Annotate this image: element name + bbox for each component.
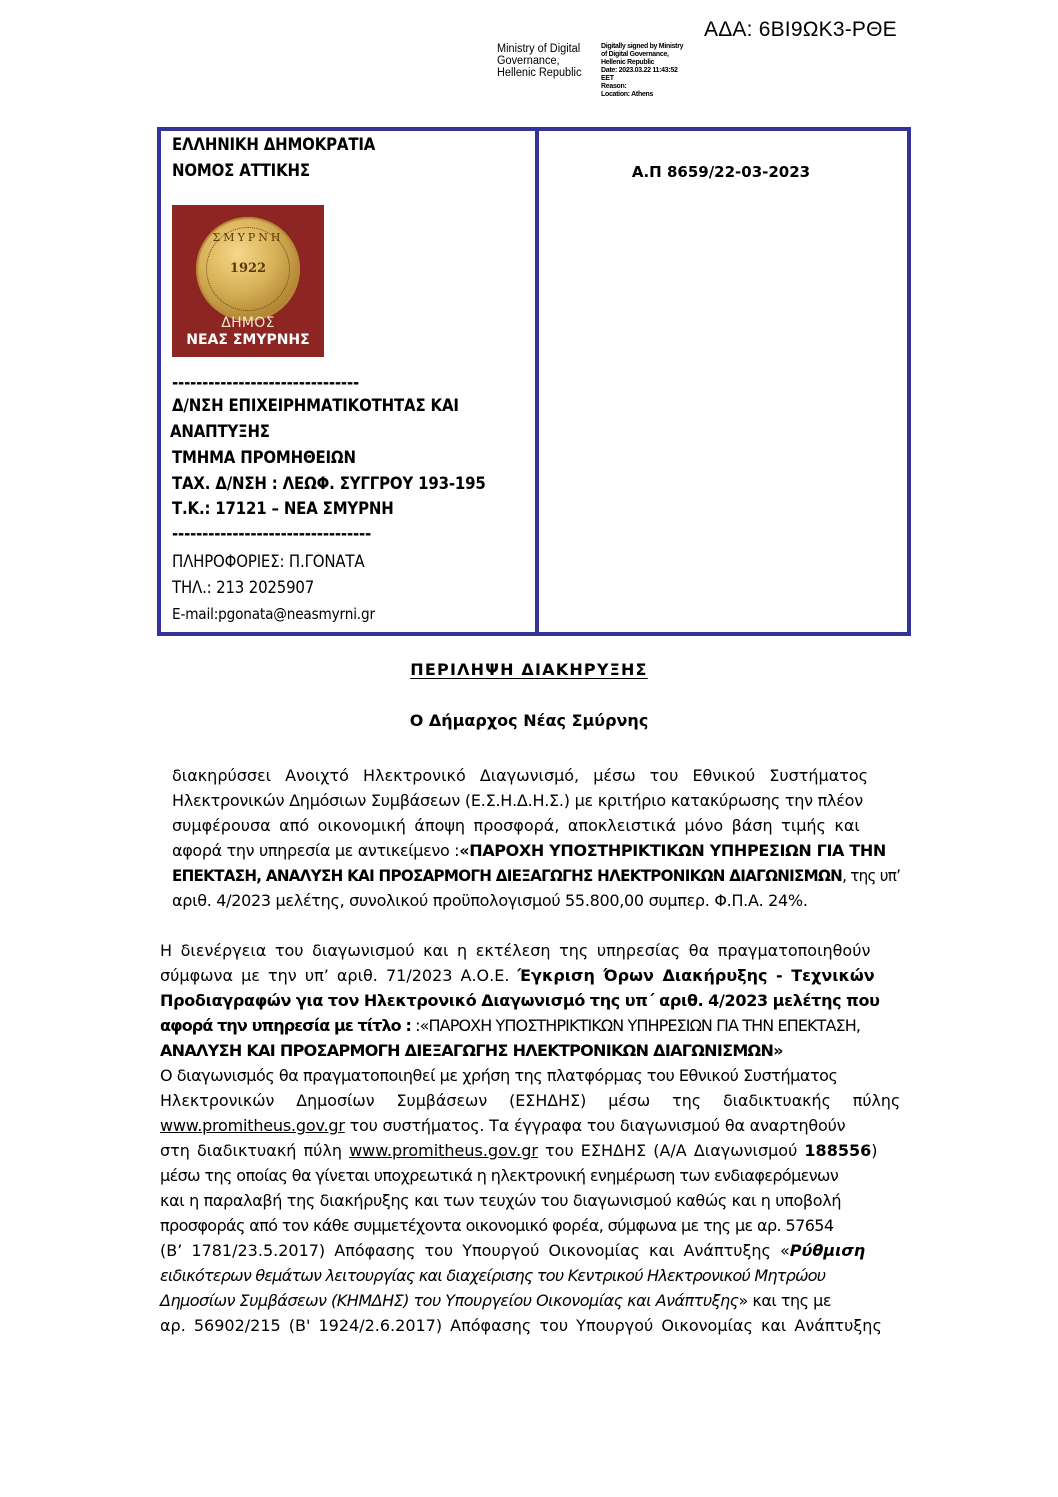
- country-heading: ΕΛΛΗΝΙΚΗ ΔΗΜΟΚΡΑΤΙΑ: [172, 135, 375, 155]
- signature-line: Digitally signed by Ministry: [601, 43, 683, 51]
- text-line: αφορά την υπηρεσία με αντικείμενο :«ΠΑΡΟ…: [172, 840, 900, 862]
- text-run-italic: Ρύθμιση: [790, 1241, 865, 1260]
- separator-line: ---------------------------------: [172, 524, 371, 544]
- ada-code: ΑΔΑ: 6ΒΙ9ΩΚ3-ΡΘΕ: [704, 18, 897, 42]
- text-run: Η διενέργεια του διαγωνισμού και η εκτέλ…: [160, 940, 870, 962]
- text-line: στη διαδικτυακή πύλη www.promitheus.gov.…: [160, 1140, 900, 1162]
- text-line: Ηλεκτρονικών Δημοσίων Συμβάσεων (ΕΣΗΔΗΣ)…: [160, 1090, 900, 1112]
- signature-line: of Digital Governance,: [601, 51, 683, 59]
- text-run-italic: Δημοσίων Συμβάσεων (ΚΗΜΔΗΣ) του Υπουργεί…: [160, 1291, 739, 1310]
- text-run: , της υπ’: [842, 866, 900, 885]
- text-line: μέσω της οποίας θα γίνεται υποχρεωτικά η…: [160, 1165, 900, 1187]
- text-run: και η παραλαβή της διακήρυξης και των τε…: [160, 1190, 841, 1212]
- text-run: συμφέρουσα από οικονομική άποψη προσφορά…: [172, 815, 860, 837]
- text-line: Ο διαγωνισμός θα πραγματοποιηθεί με χρήσ…: [160, 1065, 900, 1087]
- text-run: μέσω της οποίας θα γίνεται υποχρεωτικά η…: [160, 1165, 838, 1187]
- text-line: ΕΠΕΚΤΑΣΗ, ΑΝΑΛΥΣΗ ΚΑΙ ΠΡΟΣΑΡΜΟΓΗ ΔΙΕΞΑΓΩ…: [172, 865, 900, 887]
- text-run: στη διαδικτυακή πύλη: [160, 1141, 349, 1160]
- text-run: (Β’ 1781/23.5.2017) Απόφασης του Υπουργο…: [160, 1241, 790, 1260]
- logo-label-municipality: ΔΗΜΟΣ: [172, 315, 324, 331]
- coin-inscription: ΣΜΥΡΝΗ: [196, 231, 300, 244]
- text-line: ΑΝΑΛΥΣΗ ΚΑΙ ΠΡΟΣΑΡΜΟΓΗ ΔΙΕΞΑΓΩΓΗΣ ΗΛΕΚΤΡ…: [160, 1040, 783, 1062]
- prefecture-heading: ΝΟΜΟΣ ΑΤΤΙΚΗΣ: [172, 161, 310, 181]
- text-line: αρ. 56902/215 (Β' 1924/2.6.2017) Απόφαση…: [160, 1315, 900, 1337]
- text-line: www.promitheus.gov.gr του συστήματος. Τα…: [160, 1115, 900, 1137]
- text-run: διακηρύσσει Ανοιχτό Ηλεκτρονικό Διαγωνισ…: [172, 765, 868, 787]
- text-line: ειδικότερων θεμάτων λειτουργίας και διαχ…: [160, 1265, 900, 1287]
- header-box-divider: [535, 131, 539, 632]
- signer-org-line: Hellenic Republic: [497, 67, 581, 79]
- document-title: ΠΕΡΙΛΗΨΗ ΔΙΑΚΗΡΥΞΗΣ: [0, 660, 1058, 679]
- logo-label-name: ΝΕΑΣ ΣΜΥΡΝΗΣ: [172, 332, 324, 348]
- directorate-line-1: Δ/ΝΣΗ ΕΠΙΧΕΙΡΗΜΑΤΙΚΟΤΗΤΑΣ ΚΑΙ: [172, 396, 459, 416]
- signature-reason: Reason:: [601, 83, 683, 91]
- postal-code: Τ.Κ.: 17121 – ΝΕΑ ΣΜΥΡΝΗ: [172, 499, 394, 519]
- text-line: Προδιαγραφών για τον Ηλεκτρονικό Διαγωνι…: [160, 990, 900, 1012]
- text-line: διακηρύσσει Ανοιχτό Ηλεκτρονικό Διαγωνισ…: [172, 765, 900, 787]
- text-line: σύμφωνα με την υπ’ αριθ. 71/2023 Α.Ο.Ε. …: [160, 965, 900, 987]
- promitheus-link[interactable]: www.promitheus.gov.gr: [349, 1141, 538, 1160]
- text-run: προσφοράς από τον κάθε συμμετέχοντα οικο…: [160, 1215, 833, 1237]
- protocol-number: Α.Π 8659/22-03-2023: [539, 163, 903, 181]
- signature-location: Location: Athens: [601, 91, 683, 99]
- tender-number: 188556: [804, 1141, 871, 1160]
- text-line: και η παραλαβή της διακήρυξης και των τε…: [160, 1190, 900, 1212]
- text-line: Η διενέργεια του διαγωνισμού και η εκτέλ…: [160, 940, 900, 962]
- text-line: αριθ. 4/2023 μελέτης, συνολικού προϋπολο…: [172, 890, 808, 912]
- text-run: του συστήματος. Τα έγγραφα του διαγωνισμ…: [345, 1116, 846, 1135]
- text-run-bold: «ΠΑΡΟΧΗ ΥΠΟΣΤΗΡΙΚΤΙΚΩΝ ΥΠΗΡΕΣΙΩΝ ΓΙΑ ΤΗΝ: [459, 841, 886, 860]
- promitheus-link[interactable]: www.promitheus.gov.gr: [160, 1116, 345, 1135]
- text-run-bold: ΑΝΑΛΥΣΗ ΚΑΙ ΠΡΟΣΑΡΜΟΓΗ ΔΙΕΞΑΓΩΓΗΣ ΗΛΕΚΤΡ…: [160, 1040, 783, 1062]
- municipality-logo: ΣΜΥΡΝΗ 1922 ΔΗΜΟΣ ΝΕΑΣ ΣΜΥΡΝΗΣ: [172, 205, 324, 357]
- postal-address: ΤΑΧ. Δ/ΝΣΗ : ΛΕΩΦ. ΣΥΓΓΡΟΥ 193-195: [172, 474, 486, 494]
- text-run-bold: ΕΠΕΚΤΑΣΗ, ΑΝΑΛΥΣΗ ΚΑΙ ΠΡΟΣΑΡΜΟΓΗ ΔΙΕΞΑΓΩ…: [172, 866, 842, 885]
- text-run-italic: ειδικότερων θεμάτων λειτουργίας και διαχ…: [160, 1265, 825, 1287]
- document-subtitle: Ο Δήμαρχος Νέας Σμύρνης: [0, 711, 1058, 730]
- text-run: αφορά την υπηρεσία με αντικείμενο :: [172, 841, 459, 860]
- text-run-bold: Προδιαγραφών για τον Ηλεκτρονικό Διαγωνι…: [160, 990, 880, 1012]
- text-run: Ηλεκτρονικών Δημοσίων Συμβάσεων (ΕΣΗΔΗΣ)…: [160, 1090, 900, 1112]
- text-run: σύμφωνα με την υπ’ αριθ. 71/2023 Α.Ο.Ε.: [160, 966, 509, 985]
- contact-person: ΠΛΗΡΟΦΟΡΙΕΣ: Π.ΓΟΝΑΤΑ: [172, 552, 364, 572]
- signer-organization: Ministry of Digital Governance, Hellenic…: [497, 43, 581, 79]
- text-run: » και της με: [739, 1291, 831, 1310]
- text-line: (Β’ 1781/23.5.2017) Απόφασης του Υπουργο…: [160, 1240, 900, 1262]
- text-run: ): [871, 1141, 877, 1160]
- separator-line: -------------------------------: [172, 373, 359, 393]
- signature-timezone: EET: [601, 75, 683, 83]
- text-line: Δημοσίων Συμβάσεων (ΚΗΜΔΗΣ) του Υπουργεί…: [160, 1290, 900, 1312]
- text-line: αφορά την υπηρεσία με τίτλο : :«ΠΑΡΟΧΗ Υ…: [160, 1015, 900, 1037]
- coin-emblem-icon: ΣΜΥΡΝΗ 1922: [196, 217, 300, 321]
- signature-date: Date: 2023.03.22 11:43:52: [601, 67, 683, 75]
- signer-org-line: Governance,: [497, 55, 581, 67]
- contact-email: E-mail:pgonata@neasmyrni.gr: [172, 605, 375, 623]
- signature-line: Hellenic Republic: [601, 59, 683, 67]
- department-name: ΤΜΗΜΑ ΠΡΟΜΗΘΕΙΩΝ: [172, 448, 356, 468]
- text-run: αριθ. 4/2023 μελέτης, συνολικού προϋπολο…: [172, 890, 808, 912]
- digital-signature-details: Digitally signed by Ministry of Digital …: [601, 43, 683, 99]
- directorate-line-2: ΑΝΑΠΤΥΞΗΣ: [170, 422, 270, 442]
- signer-org-line: Ministry of Digital: [497, 43, 581, 55]
- text-line: συμφέρουσα από οικονομική άποψη προσφορά…: [172, 815, 900, 837]
- text-run-bold: αφορά την υπηρεσία με τίτλο :: [160, 1016, 411, 1035]
- text-run: αρ. 56902/215 (Β' 1924/2.6.2017) Απόφαση…: [160, 1315, 882, 1337]
- text-run: :«ΠΑΡΟΧΗ ΥΠΟΣΤΗΡΙΚΤΙΚΩΝ ΥΠΗΡΕΣΙΩΝ ΓΙΑ ΤΗ…: [411, 1016, 860, 1035]
- text-run-bold: Έγκριση Όρων Διακήρυξης - Τεχνικών: [518, 966, 875, 985]
- text-line: Ηλεκτρονικών Δημόσιων Συμβάσεων (Ε.Σ.Η.Δ…: [172, 790, 900, 812]
- text-run: Ηλεκτρονικών Δημόσιων Συμβάσεων (Ε.Σ.Η.Δ…: [172, 790, 863, 812]
- text-run: του ΕΣΗΔΗΣ (Α/Α Διαγωνισμού: [538, 1141, 804, 1160]
- contact-phone: ΤΗΛ.: 213 2025907: [172, 578, 314, 598]
- coin-year: 1922: [196, 261, 300, 276]
- text-run: Ο διαγωνισμός θα πραγματοποιηθεί με χρήσ…: [160, 1065, 837, 1087]
- document-title-text: ΠΕΡΙΛΗΨΗ ΔΙΑΚΗΡΥΞΗΣ: [410, 660, 647, 679]
- text-line: προσφοράς από τον κάθε συμμετέχοντα οικο…: [160, 1215, 900, 1237]
